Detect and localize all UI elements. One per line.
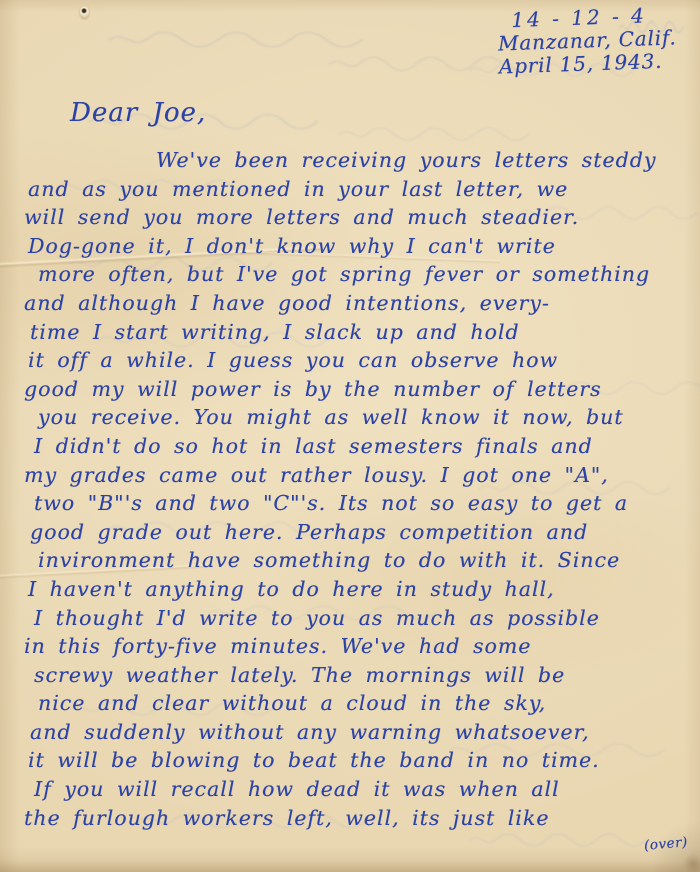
punch-hole-mark xyxy=(80,6,89,18)
letter-header: 14 - 12 - 4 Manzanar, Calif. April 15, 1… xyxy=(497,3,699,79)
body-line: it off a while. I guess you can observe … xyxy=(28,346,688,375)
body-line: and suddenly without any warning whatsoe… xyxy=(30,718,688,747)
body-line: and as you mentioned in your last letter… xyxy=(28,175,688,204)
body-line: and although I have good intentions, eve… xyxy=(24,289,688,318)
body-line: nice and clear without a cloud in the sk… xyxy=(38,689,688,718)
body-line: good grade out here. Perhaps competition… xyxy=(30,518,688,547)
body-line: time I start writing, I slack up and hol… xyxy=(30,318,688,347)
body-line: I haven't anything to do here in study h… xyxy=(28,575,688,604)
body-line: in this forty-five minutes. We've had so… xyxy=(24,632,688,661)
body-line: Dog-gone it, I don't know why I can't wr… xyxy=(28,232,688,261)
body-line: it will be blowing to beat the band in n… xyxy=(28,746,688,775)
body-line: screwy weather lately. The mornings will… xyxy=(34,661,688,690)
body-line: you receive. You might as well know it n… xyxy=(38,403,688,432)
letter-page: 14 - 12 - 4 Manzanar, Calif. April 15, 1… xyxy=(0,0,700,872)
body-line: I didn't do so hot in last semesters fin… xyxy=(34,432,688,461)
body-line: If you will recall how dead it was when … xyxy=(34,775,688,804)
body-line: I thought I'd write to you as much as po… xyxy=(34,604,688,633)
salutation: Dear Joe, xyxy=(70,98,206,128)
body-line: my grades came out rather lousy. I got o… xyxy=(24,461,688,490)
body-line: We've been receiving yours letters stedd… xyxy=(34,146,688,175)
over-note: (over) xyxy=(643,834,688,854)
letter-body: We've been receiving yours letters stedd… xyxy=(20,146,688,832)
body-line: good my will power is by the number of l… xyxy=(24,375,688,404)
body-line: will send you more letters and much stea… xyxy=(24,203,688,232)
body-line: the furlough workers left, well, its jus… xyxy=(24,804,688,833)
body-line: two "B"'s and two "C"'s. Its not so easy… xyxy=(34,489,688,518)
date-line: April 15, 1943. xyxy=(498,49,699,79)
body-line: more often, but I've got spring fever or… xyxy=(38,260,688,289)
body-line: invironment have something to do with it… xyxy=(38,546,688,575)
